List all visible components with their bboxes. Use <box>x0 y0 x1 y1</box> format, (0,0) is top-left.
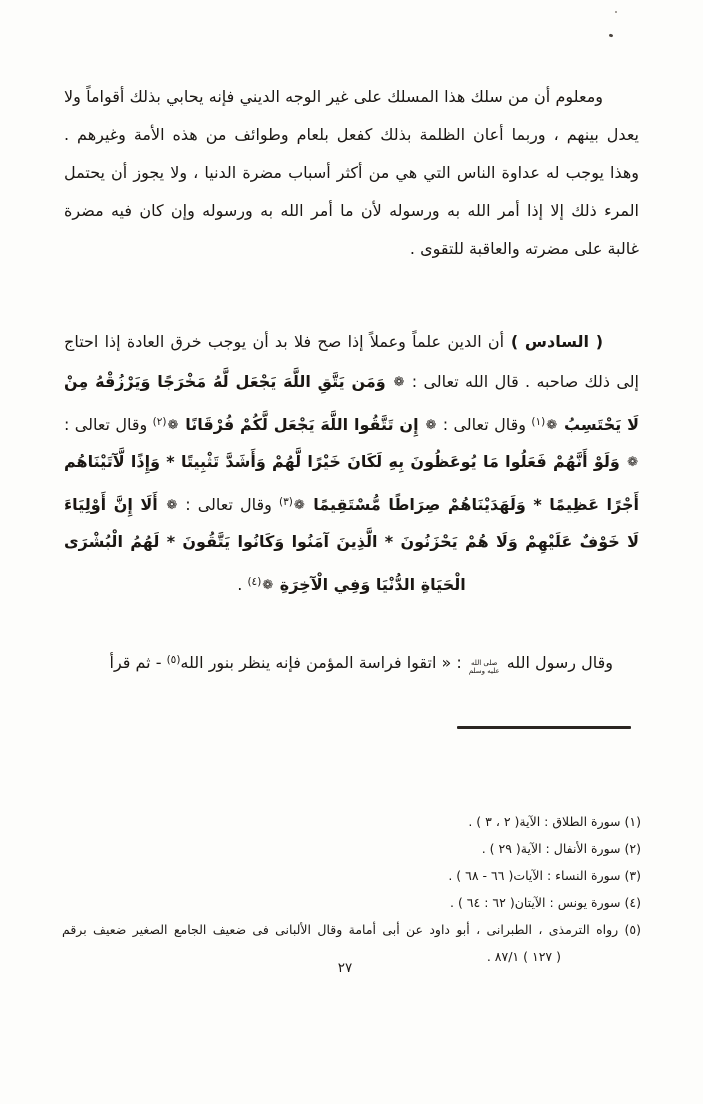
hadith-text: : « اتقوا فراسة المؤمن فإنه ينظر بنور ال… <box>180 653 466 672</box>
footnote-ref-5: (٥) <box>167 654 181 666</box>
body-text: ومعلوم أن من سلك هذا المسلك على غير الوج… <box>64 87 603 106</box>
text-line: ❁ وَلَوْ أَنَّهُمْ فَعَلُوا مَا يُوعَظُو… <box>64 442 639 482</box>
ornate-bracket-close-icon: ❁ <box>261 578 274 593</box>
footnote-2: (٢) سورة الأنفال : الآية( ٢٩ ) . <box>482 841 641 856</box>
text-line: وهذا يوجب له عداوة الناس التي هي من أكثر… <box>64 154 639 192</box>
footnote-ref-2: (٢) <box>153 416 167 428</box>
ornate-bracket-close-icon: ❁ <box>293 498 306 513</box>
ornate-bracket-close-icon: ❁ <box>166 418 179 433</box>
body-text: وقال تعالى : <box>437 415 531 434</box>
text-line: ومعلوم أن من سلك هذا المسلك على غير الوج… <box>64 78 639 116</box>
ornate-bracket-open-icon: ❁ <box>165 498 178 513</box>
body-text: غالبة على مضرته والعاقبة للتقوى . <box>410 239 639 258</box>
body-text: . <box>237 575 247 594</box>
ornate-bracket-open-icon: ❁ <box>424 418 437 433</box>
body-text: - ثم قرأ <box>110 653 167 672</box>
hadith-line: وقال رسول الله صلى الله عليه وسلم : « ات… <box>64 640 639 680</box>
text-line: (٢) سورة الأنفال : الآية( ٢٩ ) . <box>62 835 641 862</box>
quran-text: الْحَيَاةِ الدُّنْيَا وَفِي الْآخِرَةِ <box>274 575 466 594</box>
pbuh-honorific: صلى الله عليه وسلم <box>469 659 500 675</box>
text-line: (٥) رواه الترمذى ، الطبرانى ، أبو داود ع… <box>62 916 641 943</box>
body-text: أن الدين علماً وعملاً إذا صح فلا بد أن ي… <box>64 332 504 351</box>
body-text: وقال تعالى : <box>64 415 153 434</box>
footnotes: (١) سورة الطلاق : الآية( ٢ ، ٣ ) .(٢) سو… <box>62 808 641 970</box>
section-title: ( السادس ) <box>504 332 603 351</box>
footnote-4: (٤) سورة يونس : الآيتان( ٦٢ : ٦٤ ) . <box>450 895 641 910</box>
text-line: الْحَيَاةِ الدُّنْيَا وَفِي الْآخِرَةِ ❁… <box>64 562 639 602</box>
text-line: المرء ذلك إلا إذا أمر الله به ورسوله لأن… <box>64 192 639 230</box>
text-line: أَجْرًا عَظِيمًا * وَلَهَدَيْنَاهُمْ صِر… <box>64 482 639 522</box>
footnote-ref-3: (٣) <box>279 496 293 508</box>
ornate-bracket-close-icon: ❁ <box>545 418 558 433</box>
page-number: ٢٧ <box>0 960 690 976</box>
footnote-ref-1: (١) <box>531 416 545 428</box>
body-text: وقال رسول الله <box>502 653 613 672</box>
intro-paragraph: ومعلوم أن من سلك هذا المسلك على غير الوج… <box>64 78 639 268</box>
scan-speck <box>615 11 617 13</box>
text-line: (٣) سورة النساء : الآيات( ٦٦ - ٦٨ ) . <box>62 862 641 889</box>
quran-text: وَلَوْ أَنَّهُمْ فَعَلُوا مَا يُوعَظُونَ… <box>64 452 639 482</box>
footnote-separator <box>457 726 631 729</box>
body-text: وهذا يوجب له عداوة الناس التي هي من أكثر… <box>64 163 639 182</box>
body-text: المرء ذلك إلا إذا أمر الله به ورسوله لأن… <box>64 201 639 230</box>
footnote-3: (٣) سورة النساء : الآيات( ٦٦ - ٦٨ ) . <box>448 868 641 883</box>
text-line: (١) سورة الطلاق : الآية( ٢ ، ٣ ) . <box>62 808 641 835</box>
book-page: ومعلوم أن من سلك هذا المسلك على غير الوج… <box>0 0 703 1104</box>
text-line: إلى ذلك صاحبه . قال الله تعالى : ❁ وَمَن… <box>64 362 639 402</box>
body-text: إلى ذلك صاحبه . قال الله تعالى : <box>405 372 639 391</box>
quran-text: لَا يَحْتَسِبُ <box>558 415 639 434</box>
quran-text: إِن تَتَّقُوا اللَّهَ يَجْعَل لَّكُمْ فُ… <box>179 415 424 434</box>
ornate-bracket-open-icon: ❁ <box>393 375 406 390</box>
footnote-ref-4: (٤) <box>247 576 261 588</box>
text-line: غالبة على مضرته والعاقبة للتقوى . <box>64 230 639 268</box>
sixth-point-paragraph: ( السادس ) أن الدين علماً وعملاً إذا صح … <box>64 322 639 602</box>
text-line: لَا يَحْتَسِبُ ❁(١) وقال تعالى : ❁ إِن ت… <box>64 402 639 442</box>
footnote-1: (١) سورة الطلاق : الآية( ٢ ، ٣ ) . <box>468 814 641 829</box>
footnote-5: (٥) رواه الترمذى ، الطبرانى ، أبو داود ع… <box>62 922 641 937</box>
scan-speck <box>609 33 614 37</box>
body-text: وقال تعالى : <box>178 495 279 514</box>
text-line: ( السادس ) أن الدين علماً وعملاً إذا صح … <box>64 322 639 362</box>
quran-text: لَا خَوْفٌ عَلَيْهِمْ وَلَا هُمْ يَحْزَن… <box>64 532 639 562</box>
body-text: يعدل بينهم ، وربما أعان الظلمة بذلك كفعل… <box>64 125 639 144</box>
text-line: وقال رسول الله صلى الله عليه وسلم : « ات… <box>64 640 639 680</box>
text-line: (٤) سورة يونس : الآيتان( ٦٢ : ٦٤ ) . <box>62 889 641 916</box>
text-line: لَا خَوْفٌ عَلَيْهِمْ وَلَا هُمْ يَحْزَن… <box>64 522 639 562</box>
quran-text: أَجْرًا عَظِيمًا * وَلَهَدَيْنَاهُمْ صِر… <box>306 495 639 514</box>
ornate-bracket-open-icon: ❁ <box>626 455 639 470</box>
text-line: يعدل بينهم ، وربما أعان الظلمة بذلك كفعل… <box>64 116 639 154</box>
